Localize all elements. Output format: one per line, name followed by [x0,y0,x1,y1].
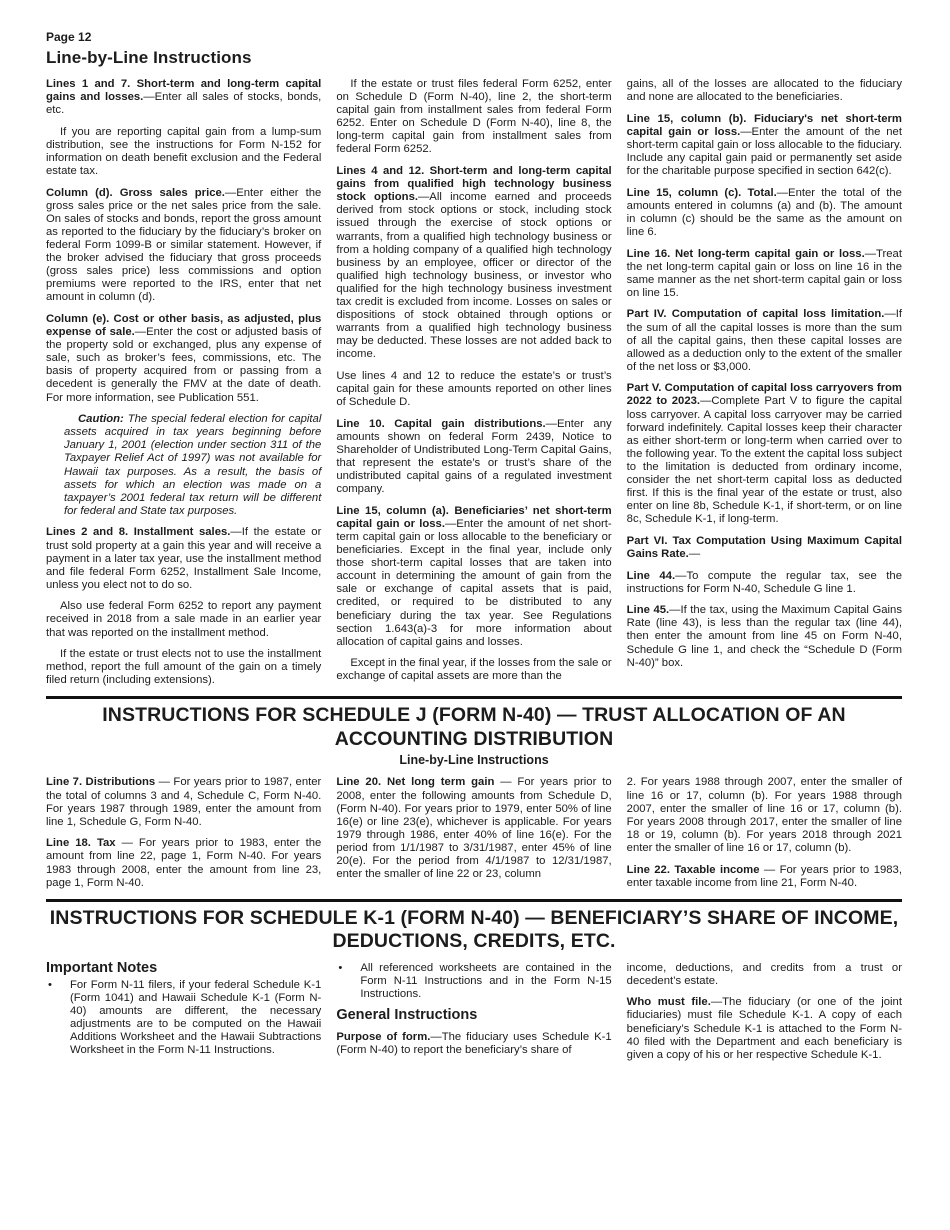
paragraph: income, deductions, and credits from a t… [627,962,902,988]
paragraph: Except in the final year, if the losses … [336,657,611,683]
paragraph-lead-in: Lines 2 and 8. Installment sales. [46,526,230,538]
paragraph-lead-in: Line 44. [627,570,675,582]
paragraph: Line 45.—If the tax, using the Maximum C… [627,604,902,669]
paragraph-lead-in: Line 45. [627,604,670,616]
paragraph-lead-in: Line 18. Tax [46,837,116,849]
schedule-k1-columns: Important Notes•For Form N-11 filers, if… [46,962,902,1062]
paragraph: Line 10. Capital gain distributions.—Ent… [336,418,611,497]
paragraph: Line 15, column (c). Total.—Enter the to… [627,187,902,239]
paragraph-lead-in: Caution: [78,413,124,425]
bullet-item: •For Form N-11 filers, if your federal S… [46,979,321,1058]
paragraph-lead-in: Line 15, column (c). Total. [627,187,777,199]
bullet-icon: • [336,962,360,1001]
paragraph: Line 16. Net long-term capital gain or l… [627,248,902,300]
paragraph: Who must file.—The fiduciary (or one of … [627,996,902,1061]
spacer [46,954,902,962]
paragraph: Also use federal Form 6252 to report any… [46,600,321,639]
paragraph-lead-in: Line 16. Net long-term capital gain or l… [627,248,865,260]
paragraph-lead-in: Part VI. Tax Computation Using Maximum C… [627,535,902,560]
page-number-label: Page 12 [46,30,902,44]
schedule-j-divider-rule [46,696,902,699]
paragraph-lead-in: Line 15, column (a). Beneficiaries’ net … [336,505,611,530]
paragraph-lead-in: Line 22. Taxable income [627,864,760,876]
schedule-k1-column-1: Important Notes•For Form N-11 filers, if… [46,962,321,1062]
schedule-k1-heading: INSTRUCTIONS FOR SCHEDULE K-1 (FORM N-40… [46,907,902,954]
schedule-j-column-3: 2. For years 1988 through 2007, enter th… [627,776,902,889]
schedule-j-columns: Line 7. Distributions — For years prior … [46,776,902,889]
paragraph-lead-in: Line 10. Capital gain distributions. [336,418,545,430]
column-subheading: General Instructions [336,1009,611,1022]
bullet-icon: • [46,979,70,1058]
section1-column-3: gains, all of the losses are allocated t… [627,78,902,687]
paragraph-lead-in: Column (d). Gross sales price. [46,187,225,199]
paragraph: Caution: The special federal election fo… [64,413,321,518]
paragraph: If the estate or trust files federal For… [336,78,611,157]
schedule-j-heading: INSTRUCTIONS FOR SCHEDULE J (FORM N-40) … [46,704,902,751]
schedule-j-subheading: Line-by-Line Instructions [46,753,902,767]
paragraph-lead-in: Part IV. Computation of capital loss lim… [627,308,885,320]
paragraph: Purpose of form.—The fiduciary uses Sche… [336,1031,611,1057]
paragraph: Line 44.—To compute the regular tax, see… [627,570,902,596]
paragraph: If you are reporting capital gain from a… [46,126,321,178]
paragraph: gains, all of the losses are allocated t… [627,78,902,104]
bullet-text: All referenced worksheets are contained … [360,962,611,1001]
paragraph: Lines 1 and 7. Short-term and long-term … [46,78,321,117]
paragraph-lead-in: Lines 1 and 7. Short-term and long-term … [46,78,321,103]
paragraph: Line 7. Distributions — For years prior … [46,776,321,828]
bullet-item: •All referenced worksheets are contained… [336,962,611,1001]
section1-columns: Lines 1 and 7. Short-term and long-term … [46,78,902,687]
paragraph: Column (d). Gross sales price.—Enter eit… [46,187,321,305]
paragraph: Line 15, column (b). Fiduciary's net sho… [627,113,902,178]
paragraph-lead-in: Purpose of form. [336,1031,430,1043]
section1-title: Line-by-Line Instructions [46,48,902,68]
paragraph: Line 15, column (a). Beneficiaries’ net … [336,505,611,649]
paragraph: If the estate or trust elects not to use… [46,648,321,687]
paragraph-lead-in: Line 7. Distributions [46,776,155,788]
bullet-text: For Form N-11 filers, if your federal Sc… [70,979,321,1058]
paragraph-lead-in: Who must file. [627,996,711,1008]
paragraph-lead-in: Line 15, column (b). Fiduciary's net sho… [627,113,902,138]
schedule-k1-divider-rule [46,899,902,902]
paragraph: Line 18. Tax — For years prior to 1983, … [46,837,321,889]
paragraph: Part V. Computation of capital loss carr… [627,382,902,526]
paragraph-lead-in: Column (e). Cost or other basis, as adju… [46,313,321,338]
section1-column-1: Lines 1 and 7. Short-term and long-term … [46,78,321,687]
paragraph-lead-in: Part V. Computation of capital loss carr… [627,382,902,407]
paragraph: Line 22. Taxable income — For years prio… [627,864,902,890]
paragraph: Column (e). Cost or other basis, as adju… [46,313,321,405]
schedule-j-column-2: Line 20. Net long term gain — For years … [336,776,611,889]
paragraph-lead-in: Line 20. Net long term gain [336,776,494,788]
paragraph: Use lines 4 and 12 to reduce the estate’… [336,370,611,409]
paragraph: 2. For years 1988 through 2007, enter th… [627,776,902,855]
schedule-k1-column-3: income, deductions, and credits from a t… [627,962,902,1062]
paragraph-lead-in: Lines 4 and 12. Short-term and long-term… [336,165,611,203]
document-page: Page 12 Line-by-Line Instructions Lines … [0,0,950,1230]
schedule-k1-column-2: •All referenced worksheets are contained… [336,962,611,1062]
paragraph: Lines 2 and 8. Installment sales.—If the… [46,526,321,591]
section1-column-2: If the estate or trust files federal For… [336,78,611,687]
paragraph: Part VI. Tax Computation Using Maximum C… [627,535,902,561]
paragraph: Lines 4 and 12. Short-term and long-term… [336,165,611,361]
schedule-j-column-1: Line 7. Distributions — For years prior … [46,776,321,889]
paragraph: Part IV. Computation of capital loss lim… [627,308,902,373]
paragraph: Line 20. Net long term gain — For years … [336,776,611,881]
column-subheading: Important Notes [46,962,321,975]
